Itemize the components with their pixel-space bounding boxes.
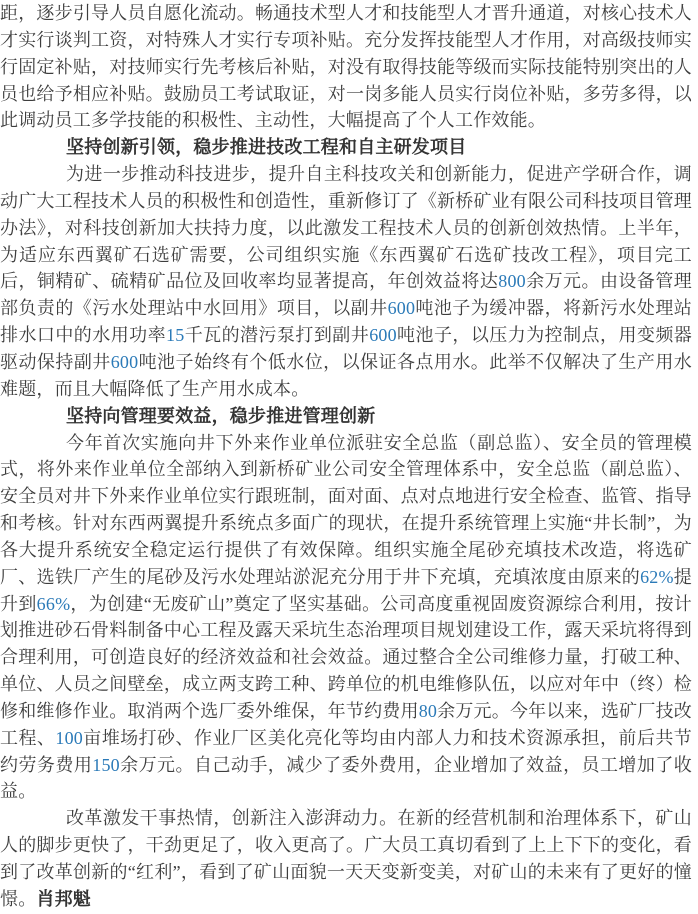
highlighted-number: 66% (37, 594, 71, 614)
text-segment: 改革激发干事热情，创新注入澎湃动力。在新的经营机制和治理体系下，矿山人的脚步更快… (0, 808, 692, 909)
highlighted-number: 600 (369, 325, 397, 345)
document-page: 距，逐步引导人员自愿化流动。畅通技术型人才和技能型人才晋升通道，对核心技术人才实… (0, 0, 698, 914)
highlighted-number: 80 (419, 701, 437, 721)
text-segment: 坚持向管理要效益，稳步推进管理创新 (66, 406, 375, 426)
text-segment: 坚持创新引领，稳步推进技改工程和自主研发项目 (66, 137, 466, 157)
highlighted-number: 150 (92, 755, 120, 775)
heading-innovation-section: 坚持创新引领，稳步推进技改工程和自主研发项目 (0, 134, 692, 161)
highlighted-number: 800 (498, 271, 526, 291)
author-name: 肖邦魁 (36, 889, 91, 909)
paragraph-conclusion: 改革激发干事热情，创新注入澎湃动力。在新的经营机制和治理体系下，矿山人的脚步更快… (0, 805, 692, 912)
highlighted-number: 62% (640, 567, 674, 587)
text-segment: 今年首次实施向井下外来作业单位派驻安全总监（副总监）、安全员的管理模式，将外来作… (0, 433, 692, 587)
highlighted-number: 15 (166, 325, 184, 345)
highlighted-number: 600 (388, 298, 416, 318)
text-segment: 距，逐步引导人员自愿化流动。畅通技术型人才和技能型人才晋升通道，对核心技术人才实… (0, 3, 692, 130)
highlighted-number: 600 (111, 352, 139, 372)
paragraph-talent-policy-continued: 距，逐步引导人员自愿化流动。畅通技术型人才和技能型人才晋升通道，对核心技术人才实… (0, 0, 692, 134)
paragraph-management-innovation: 今年首次实施向井下外来作业单位派驻安全总监（副总监）、安全员的管理模式，将外来作… (0, 430, 692, 806)
text-segment: 千瓦的潜污泵打到副井 (184, 325, 369, 345)
article-body: 距，逐步引导人员自愿化流动。畅通技术型人才和技能型人才晋升通道，对核心技术人才实… (0, 0, 698, 913)
heading-management-section: 坚持向管理要效益，稳步推进管理创新 (0, 403, 692, 430)
paragraph-innovation-projects: 为进一步推动科技进步，提升自主科技攻关和创新能力，促进产学研合作，调动广大工程技… (0, 161, 692, 403)
highlighted-number: 100 (55, 728, 83, 748)
